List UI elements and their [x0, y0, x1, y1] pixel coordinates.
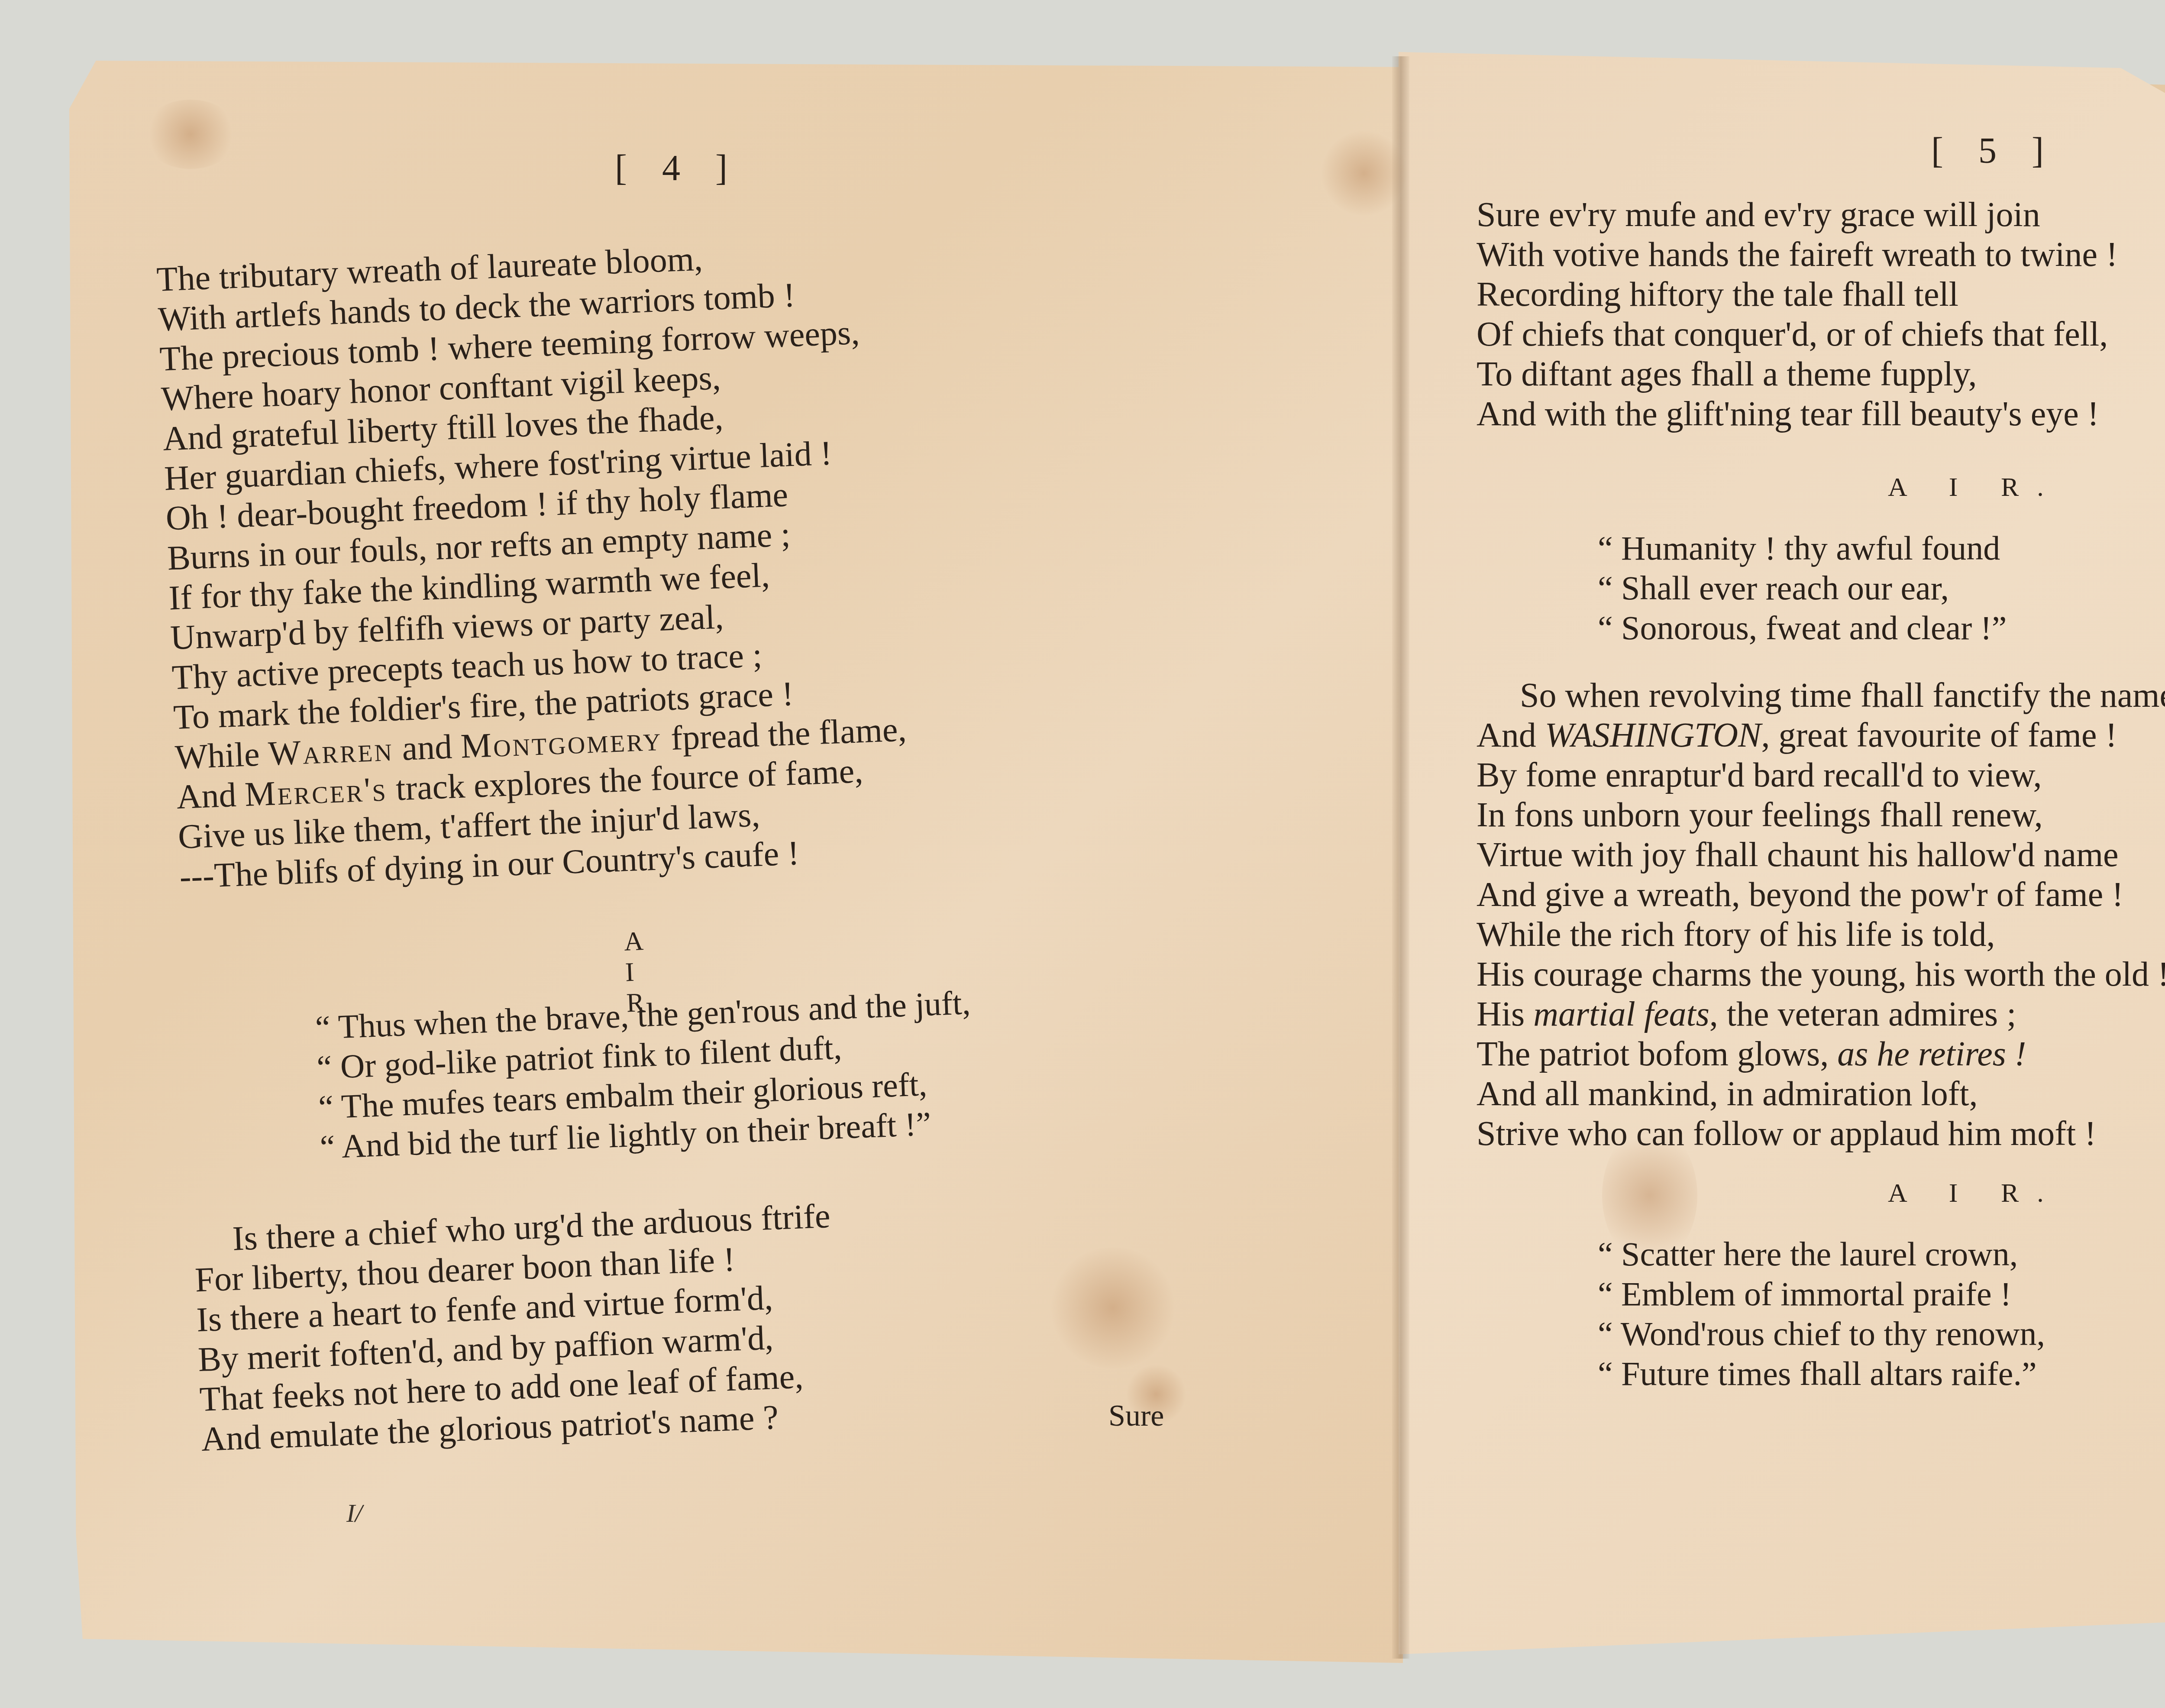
text-span: , the veteran admires ;	[1709, 995, 2016, 1033]
text-span: , great favourite of fame !	[1761, 716, 2117, 754]
quote-line: “ Emblem of immortal praife !	[1598, 1274, 2045, 1314]
left-page-number: [ 4 ]	[615, 147, 740, 189]
verse-line: And give a wreath, beyond the pow'r of f…	[1477, 875, 2165, 915]
text-span: fpread the flame,	[662, 710, 907, 758]
foxing-stain	[143, 100, 238, 169]
verse-line: Recording hiftory the tale fhall tell	[1477, 275, 2118, 314]
verse-line: The patriot bofom glows, as he retires !	[1477, 1034, 2165, 1074]
quote-line: “ Humanity ! thy awful found	[1598, 528, 2007, 568]
verse-line: And WASHINGTON, great favourite of fame …	[1477, 715, 2165, 755]
left-air-quote: “ Thus when the brave, the gen'rous and …	[315, 983, 976, 1167]
verse-line: Of chiefs that conquer'd, or of chiefs t…	[1477, 314, 2118, 354]
text-span: While	[174, 735, 269, 776]
text-span: And	[1477, 716, 1545, 754]
left-catchword: Sure	[1108, 1399, 1164, 1433]
verse-line: With votive hands the faireft wreath to …	[1477, 235, 2118, 275]
right-verse-2: So when revolving time fhall fanctify th…	[1477, 676, 2165, 1154]
right-air-quote-1: “ Humanity ! thy awful found “ Shall eve…	[1598, 528, 2007, 648]
verse-line: So when revolving time fhall fanctify th…	[1477, 676, 2165, 715]
name-washington: WASHINGTON	[1545, 716, 1761, 754]
book-gutter-fold	[1392, 56, 1409, 1659]
foxing-stain	[1048, 1247, 1178, 1368]
verse-line: Virtue with joy fhall chaunt his hallow'…	[1477, 835, 2165, 875]
right-air-quote-2: “ Scatter here the laurel crown, “ Emble…	[1598, 1234, 2045, 1394]
left-verse-2: Is there a chief who urg'd the arduous f…	[193, 1196, 838, 1459]
verse-line: In fons unborn your feelings fhall renew…	[1477, 795, 2165, 835]
italic-phrase: as he retires !	[1837, 1035, 2026, 1073]
verse-line: His martial feats, the veteran admires ;	[1477, 994, 2165, 1034]
text-span: His	[1477, 995, 1533, 1033]
verse-line: Strive who can follow or applaud him mof…	[1477, 1114, 2165, 1154]
right-air-heading-1: A I R.	[1888, 472, 2062, 503]
text-span: The patriot bofom glows,	[1477, 1035, 1837, 1073]
right-page-number: [ 5 ]	[1931, 130, 2057, 172]
quote-line: “ Shall ever reach our ear,	[1598, 568, 2007, 608]
verse-line: By fome enraptur'd bard recall'd to view…	[1477, 755, 2165, 795]
name-mercer: Mercer's	[244, 770, 388, 814]
name-warren: Warren	[268, 730, 394, 773]
verse-line: To diftant ages fhall a theme fupply,	[1477, 354, 2118, 394]
quote-line: “ Wond'rous chief to thy renown,	[1598, 1314, 2045, 1354]
left-verse-1: The tributary wreath of laureate bloom, …	[156, 232, 912, 897]
verse-line: Sure ev'ry mufe and ev'ry grace will joi…	[1477, 195, 2118, 235]
quote-line: “ Scatter here the laurel crown,	[1598, 1234, 2045, 1274]
italic-phrase: martial feats	[1533, 995, 1709, 1033]
name-montgomery: Montgomery	[460, 720, 663, 766]
verse-line: And all mankind, in admiration loft,	[1477, 1074, 2165, 1114]
right-air-heading-2: A I R.	[1888, 1178, 2062, 1209]
quote-line: “ Sonorous, fweat and clear !”	[1598, 608, 2007, 648]
verse-line: His courage charms the young, his worth …	[1477, 954, 2165, 994]
quote-line: “ Future times fhall altars raife.”	[1598, 1354, 2045, 1394]
verse-line: And with the glift'ning tear fill beauty…	[1477, 394, 2118, 434]
handwritten-mark: I/	[346, 1498, 362, 1528]
verse-line: While the rich ftory of his life is told…	[1477, 915, 2165, 954]
foxing-stain	[1321, 130, 1407, 217]
right-verse-1: Sure ev'ry mufe and ev'ry grace will joi…	[1477, 195, 2118, 434]
text-span: and	[393, 728, 462, 768]
text-span: And	[176, 776, 246, 816]
